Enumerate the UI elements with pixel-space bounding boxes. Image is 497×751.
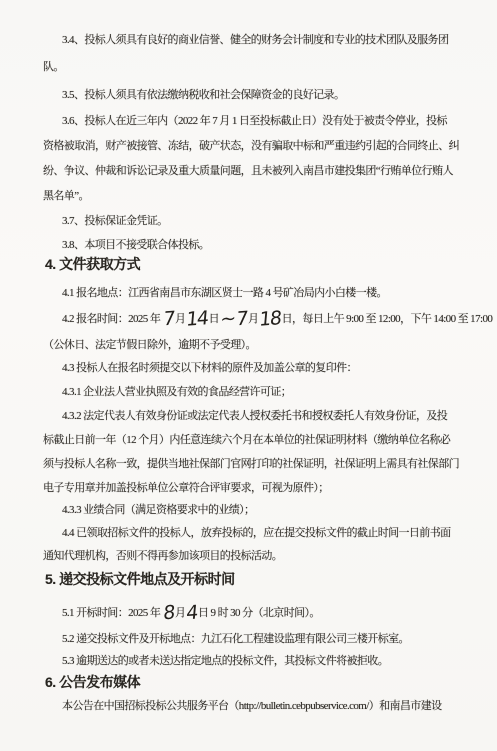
doc-line-3-6-cont-2: 纷、争议、仲裁和诉讼记录及重大质量问题，且未被列入南昌市建投集团“行贿单位行贿人: [43, 164, 453, 178]
printed-text: 日: [209, 313, 219, 325]
doc-line-4-2: 4.2 报名时间：2025 年 7月14日~7月18日，每日上午 9:00 至 …: [62, 312, 492, 326]
handwritten-day-start: 14: [185, 313, 209, 325]
printed-text: 9 时 30 分（北京时间）。: [208, 607, 319, 619]
doc-line-4-3-1: 4.3.1 企业法人营业执照及有效的食品经营许可证；: [62, 385, 291, 399]
doc-line-4-4-cont: 通知代理机构，否则不得再参加该项目的投标活动。: [43, 549, 282, 563]
printed-text: 日: [282, 313, 292, 325]
handwritten-day: 4: [185, 607, 198, 618]
doc-line-announcement-platform: 本公告在中国招标投标公共服务平台（http://bulletin.cebpubs…: [62, 699, 442, 713]
doc-line-4-3-3: 4.3.3 业绩合同（满足资格要求中的业绩）；: [62, 503, 254, 517]
printed-text: 月: [175, 607, 185, 619]
section-heading-bid-submission: 5. 递交投标文件地点及开标时间: [45, 571, 235, 587]
doc-line-5-2: 5.2 递交投标文件及开标地点：九江石化工程建设监理有限公司三楼开标室。: [62, 632, 409, 646]
printed-text: 5.1 开标时间：2025 年: [62, 607, 162, 619]
doc-line-4-1: 4.1 报名地点：江西省南昌市东湖区贤士一路 4 号矿冶局内小白楼一楼。: [62, 286, 387, 300]
doc-line-4-3: 4.3 投标人在报名时须提交以下材料的原件及加盖公章的复印件：: [62, 361, 357, 375]
doc-line-4-3-2: 4.3.2 法定代表人有效身份证或法定代表人授权委托书和授权委托人有效身份证，及…: [62, 409, 447, 423]
doc-line-3-8: 3.8、本项目不接受联合体投标。: [62, 238, 209, 252]
document-page: 3.4、投标人须具有良好的商业信誉、健全的财务会计制度和专业的技术团队及服务团 …: [0, 0, 497, 751]
doc-line-4-3-2-cont-1: 标截止日前一年（12 个月）内任意连续六个月在本单位的社保证明材料（缴纳单位名称…: [43, 433, 450, 447]
printed-text: ，每日上午 9:00 至 12:00，下午 14:00 至 17:00: [292, 313, 492, 325]
handwritten-month-start: 7: [162, 313, 175, 324]
doc-line-5-1: 5.1 开标时间：2025 年 8月4日 9 时 30 分（北京时间）。: [62, 606, 320, 620]
doc-line-5-3: 5.3 逾期送达的或者未送达指定地点的投标文件，其投标文件将被拒收。: [62, 654, 388, 668]
doc-line-3-6-cont-3: 黑名单”。: [43, 189, 89, 203]
handwritten-tilde: ~: [219, 313, 236, 324]
doc-line-3-7: 3.7、投标保证金凭证。: [62, 214, 168, 228]
doc-line-4-3-2-cont-3: 电子专用章并加盖投标单位公章符合评审要求，可视为原件）；: [43, 481, 329, 495]
doc-line-3-5: 3.5、投标人须具有依法缴纳税收和社会保障资金的良好记录。: [62, 88, 344, 102]
handwritten-month-end: 7: [235, 313, 248, 324]
printed-text: 月: [175, 313, 185, 325]
doc-line-4-4: 4.4 已领取招标文件的投标人，放弃投标的，应在提交投标文件的截止时间一日前书面: [62, 526, 451, 540]
printed-text: 4.2 报名时间：2025 年: [62, 313, 162, 325]
section-heading-file-acquisition: 4. 文件获取方式: [45, 256, 140, 272]
doc-line-4-2-cont: （公休日、法定节假日除外，逾期不予受理）。: [43, 338, 256, 352]
doc-line-4-3-2-cont-2: 须与投标人名称一致，提供当地社保部门官网打印的社保证明，社保证明上需具有社保部门: [43, 457, 459, 471]
doc-line-3-6: 3.6、投标人在近三年内（2022 年 7 月 1 日至投标截止日）没有处于被责…: [62, 114, 447, 128]
printed-text: 日: [198, 607, 208, 619]
section-heading-announcement-media: 6. 公告发布媒体: [45, 674, 140, 690]
doc-line-3-6-cont-1: 资格被取消，财产被接管、冻结，破产状态，没有骗取中标和严重违约引起的合同终止、纠: [43, 139, 459, 153]
handwritten-month: 8: [162, 607, 175, 618]
printed-text: 月: [248, 313, 258, 325]
handwritten-day-end: 18: [258, 313, 282, 325]
doc-line-3-4-cont: 队。: [43, 60, 64, 74]
doc-line-3-4: 3.4、投标人须具有良好的商业信誉、健全的财务会计制度和专业的技术团队及服务团: [62, 33, 448, 47]
